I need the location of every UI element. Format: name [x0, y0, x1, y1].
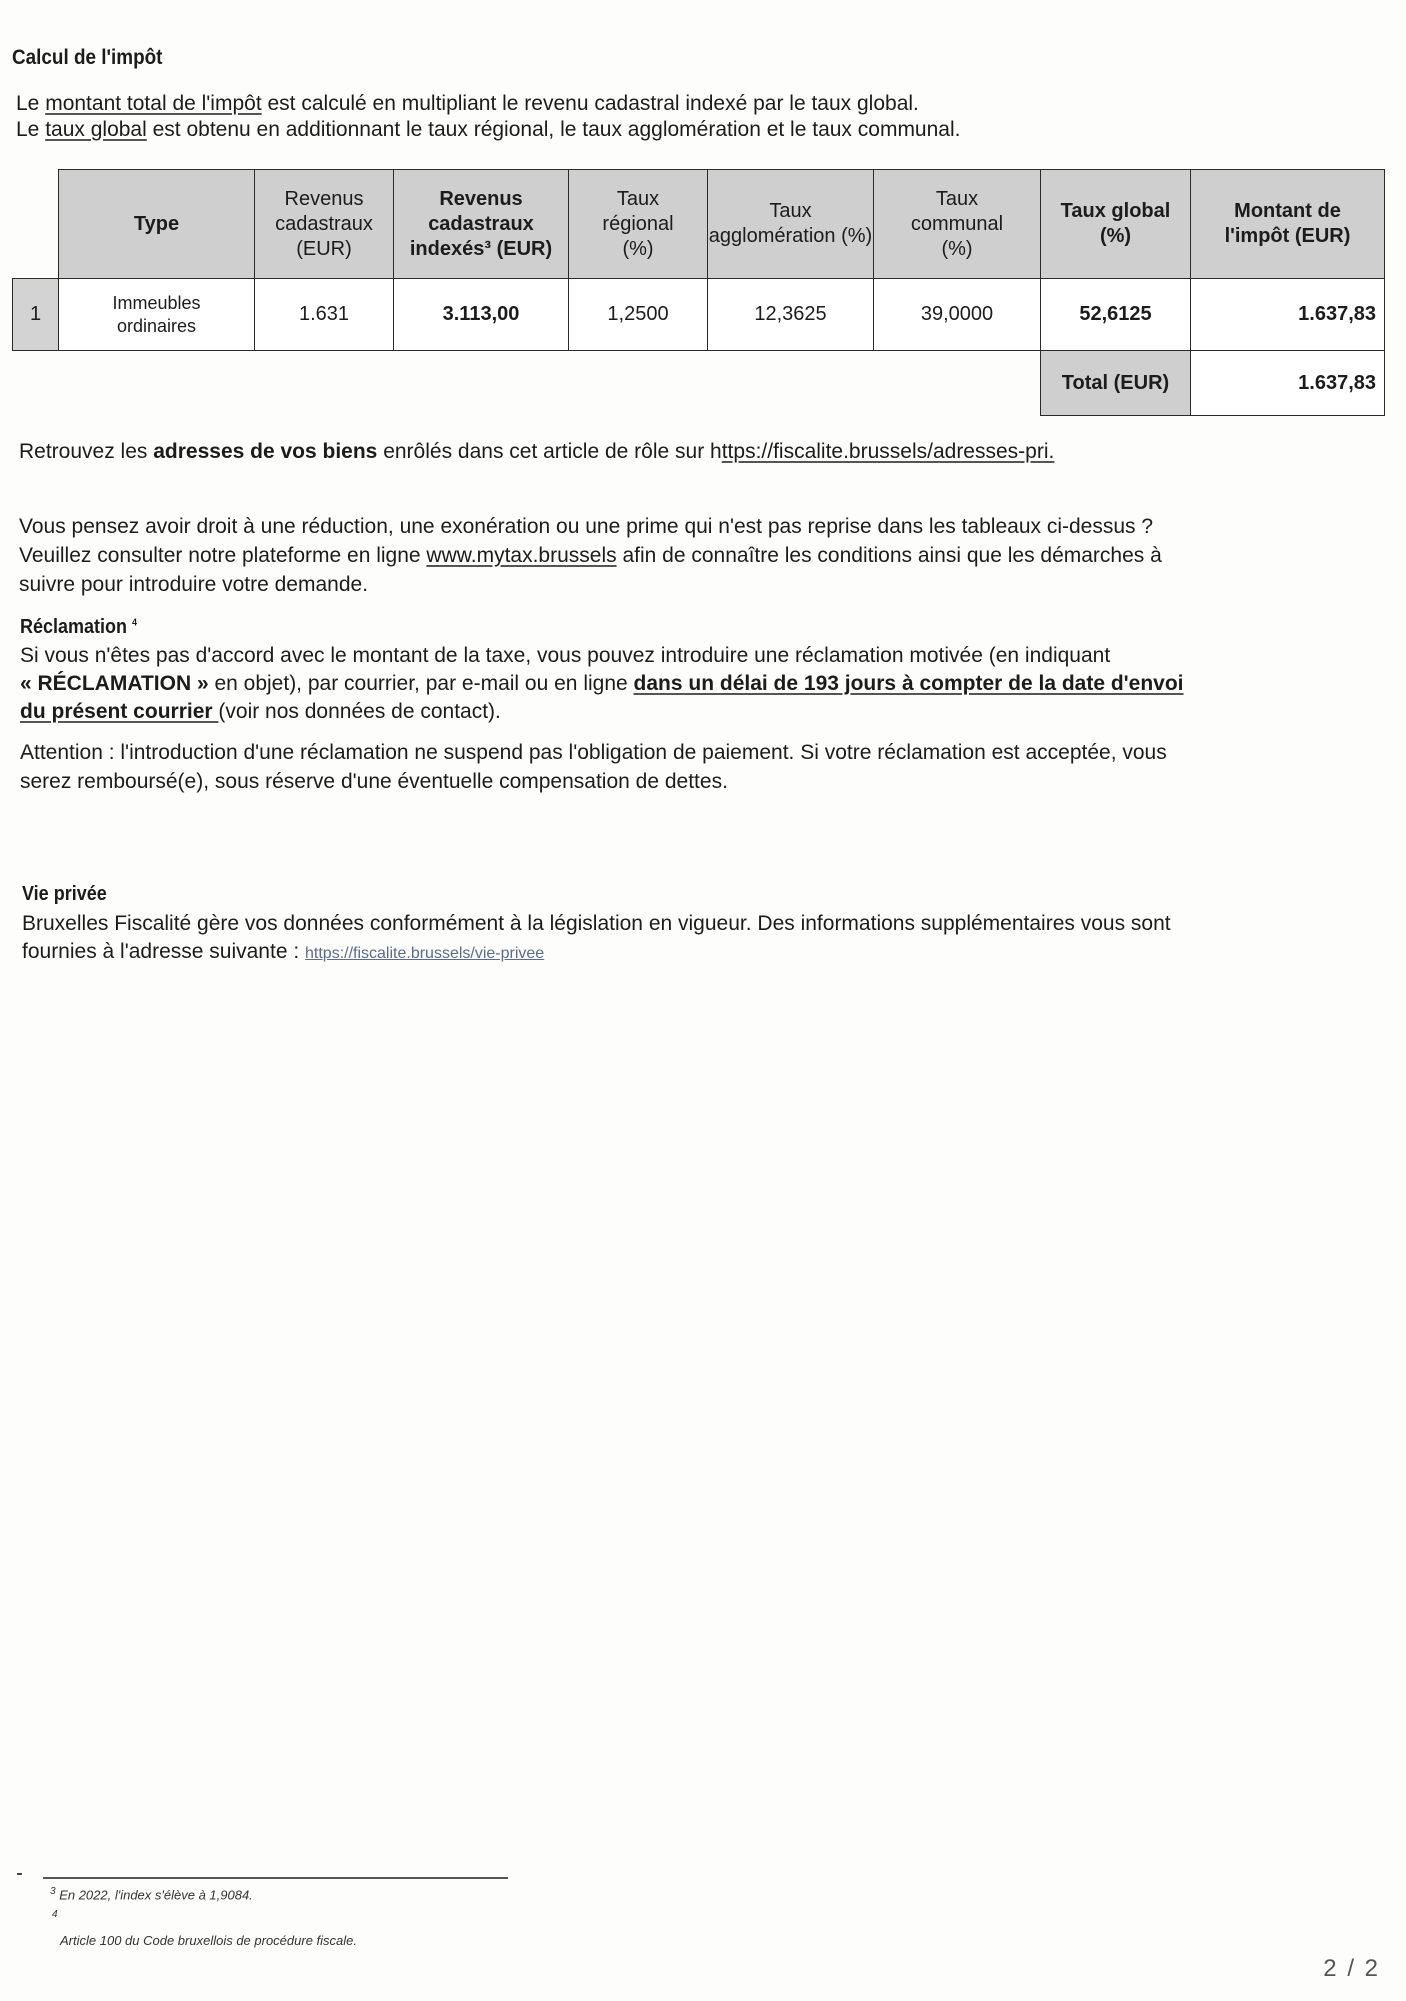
reclamation-deadline: dans un délai de 193 jours à compter de … [634, 672, 1184, 695]
reduction-text: Veuillez consulter notre plateforme en l… [19, 544, 426, 567]
addresses-text: Retrouvez les [19, 440, 153, 463]
reduction-line-1: Vous pensez avoir droit à une réduction,… [19, 513, 1153, 541]
attention-line-2: serez remboursé(e), sous réserve d'une é… [20, 768, 728, 796]
header-taux-agglomeration: Taux agglomération (%) [707, 169, 874, 279]
footnote-text: En 2022, l'index s'élève à 1,9084. [59, 1887, 253, 1902]
footnote-text: Article 100 du Code bruxellois de procéd… [60, 1933, 357, 1948]
addresses-text: enrôlés dans cet article de rôle sur h [377, 440, 721, 463]
taux-global-link: taux global [45, 118, 147, 141]
addresses-link[interactable]: ttps://fiscalite.brussels/adresses-pri. [722, 440, 1055, 463]
row-taux-agglomeration: 12,3625 [707, 278, 874, 351]
header-taux-communal: Taux communal (%) [873, 169, 1041, 279]
footnote-3: 3 En 2022, l'index s'élève à 1,9084. [50, 1886, 253, 1902]
privacy-link[interactable]: https://fiscalite.brussels/vie-privee [305, 945, 544, 962]
reclamation-line-1: Si vous n'êtes pas d'accord avec le mont… [20, 642, 1110, 670]
row-revenus: 1.631 [254, 278, 394, 351]
addresses-line: Retrouvez les adresses de vos biens enrô… [19, 438, 1054, 466]
total-label: Total (EUR) [1040, 350, 1191, 416]
footnote-ref: 4 [52, 1909, 58, 1920]
reclamation-line-2: « RÉCLAMATION » en objet), par courrier,… [20, 670, 1184, 698]
mytax-link[interactable]: www.mytax.brussels [426, 544, 616, 567]
intro-text: Le [16, 118, 45, 141]
total-value: 1.637,83 [1190, 350, 1385, 416]
reduction-text: afin de connaître les conditions ainsi q… [617, 544, 1162, 567]
reclamation-line-3: du présent courrier (voir nos données de… [20, 698, 501, 726]
footnote-ref: 3 [50, 1886, 56, 1897]
header-montant: Montant de l'impôt (EUR) [1190, 169, 1385, 279]
footnote-ref: 4 [132, 617, 137, 628]
header-type: Type [58, 169, 255, 279]
row-index: 1 [12, 278, 59, 351]
intro-line-1: Le montant total de l'impôt est calculé … [16, 90, 919, 118]
privacy-line-1: Bruxelles Fiscalité gère vos données con… [22, 910, 1171, 938]
addresses-bold: adresses de vos biens [153, 440, 377, 463]
reclamation-text: en objet), par courrier, par e-mail ou e… [209, 672, 634, 695]
header-revenus: Revenus cadastraux (EUR) [254, 169, 394, 279]
reclamation-title: Réclamation 4 [20, 616, 137, 639]
intro-line-2: Le taux global est obtenu en additionnan… [16, 116, 960, 144]
header-taux-global: Taux global (%) [1040, 169, 1191, 279]
section-title: Calcul de l'impôt [12, 46, 162, 70]
header-revenus-indexes: Revenus cadastraux indexés³ (EUR) [393, 169, 569, 279]
row-taux-regional: 1,2500 [568, 278, 708, 351]
privacy-line-2: fournies à l'adresse suivante : https://… [22, 938, 544, 968]
intro-text: est obtenu en additionnant le taux régio… [147, 118, 961, 141]
footnote-separator [43, 1877, 508, 1879]
margin-mark [17, 1873, 22, 1875]
footnote-4: 4Article 100 du Code bruxellois de procé… [52, 1917, 357, 1948]
page-number: 2 / 2 [1323, 1955, 1380, 1983]
reduction-line-2: Veuillez consulter notre plateforme en l… [19, 542, 1162, 570]
reclamation-deadline-cont: du présent courrier [20, 700, 218, 723]
header-taux-regional: Taux régional (%) [568, 169, 708, 279]
intro-text: est calculé en multipliant le revenu cad… [262, 92, 919, 115]
reclamation-text: (voir nos données de contact). [218, 700, 501, 723]
privacy-title: Vie privée [22, 883, 107, 906]
intro-text: Le [16, 92, 45, 115]
reduction-line-3: suivre pour introduire votre demande. [19, 571, 368, 599]
row-taux-global: 52,6125 [1040, 278, 1191, 351]
row-montant: 1.637,83 [1190, 278, 1385, 351]
reclamation-bold: « RÉCLAMATION » [20, 672, 209, 695]
privacy-text: fournies à l'adresse suivante : [22, 940, 305, 963]
row-revenus-indexes: 3.113,00 [393, 278, 569, 351]
row-taux-communal: 39,0000 [873, 278, 1041, 351]
montant-total-link: montant total de l'impôt [45, 92, 261, 115]
reclamation-title-text: Réclamation [20, 616, 127, 638]
attention-line-1: Attention : l'introduction d'une réclama… [20, 739, 1167, 767]
row-type: Immeubles ordinaires [58, 278, 255, 351]
